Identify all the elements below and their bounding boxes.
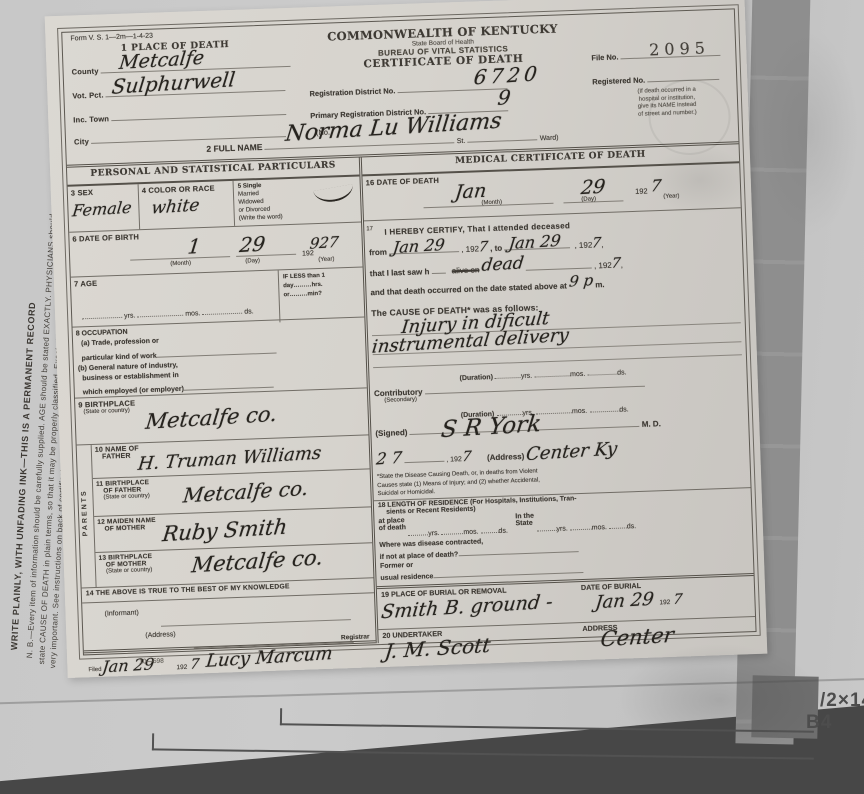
res-mos: mos. <box>463 529 478 537</box>
duration2-ds: ds. <box>619 406 629 413</box>
duration-mos: mos. <box>570 371 585 379</box>
birthplace-value: Metcalfe co. <box>144 404 278 433</box>
primary-district-value: 9 <box>497 87 512 108</box>
registered-no-label: Registered No. <box>592 76 645 87</box>
city-label: City <box>74 137 89 147</box>
registration-district-value: 6720 <box>473 63 542 87</box>
year3-hw: 7 <box>611 256 622 271</box>
filed-year-print: 192 <box>176 664 187 671</box>
mother-name-value: Ruby Smith <box>161 517 288 546</box>
father-bp-value: Metcalfe co. <box>182 478 309 506</box>
saw-dead-value: dead <box>480 255 524 275</box>
res-yrs: yrs. <box>428 530 440 537</box>
from-label: from <box>369 248 387 258</box>
year2-print: , 192 <box>574 241 592 251</box>
physician-signature: S R York <box>440 413 543 442</box>
film-size-label: /2×14 <box>820 690 864 712</box>
filed-label: Filed <box>88 667 101 673</box>
burial-date-value: Jan 29 <box>594 591 654 613</box>
res-ds: ds. <box>498 528 508 535</box>
duration-yrs: yrs. <box>521 373 533 380</box>
duration-ds: ds. <box>617 369 627 376</box>
burial-year-print: 192 <box>659 599 670 606</box>
scanned-photo: WRITE PLAINLY, WITH UNFADING INK—THIS IS… <box>0 0 864 794</box>
dob-month-caption: (Month) <box>170 261 191 268</box>
parents-block: PARENTS 10 NAME OF FATHER H. Truman Will… <box>77 435 374 588</box>
occurred-label: and that death occurred on the date stat… <box>370 282 567 298</box>
duration-label: (Duration) <box>459 374 493 382</box>
film-code-label: B4 <box>806 712 832 734</box>
signed-address-label: (Address) <box>487 452 525 462</box>
mother-bp-value: Metcalfe co. <box>190 548 324 577</box>
signed-label: (Signed) <box>375 428 407 438</box>
dod-day-caption: (Day) <box>581 196 596 203</box>
informant-address-label: (Address) <box>145 631 176 639</box>
alive-on-struck: alive on <box>452 265 480 275</box>
file-no-label: File No. <box>591 52 618 62</box>
informant-label: (Informant) <box>104 609 138 617</box>
inc-town-label: Inc. Town <box>73 114 109 124</box>
year1-print: , 192 <box>461 245 479 255</box>
registration-district-label: Registration District No. <box>309 86 395 98</box>
vot-pct-label: Vot. Pct. <box>72 90 104 100</box>
sex-label: 3 SEX <box>68 184 138 197</box>
file-no-line: File No. 2095 <box>591 45 741 62</box>
year3-print: , 192 <box>594 261 612 271</box>
age-yrs-label: yrs. <box>124 312 136 319</box>
occurred-time-value: 9 p <box>568 273 594 290</box>
vot-pct-line: Vot. Pct. Sulphurwell <box>72 80 322 101</box>
personal-particulars-column: PERSONAL AND STATISTICAL PARTICULARS 3 S… <box>67 157 379 653</box>
at-place-label2: of death <box>379 524 406 532</box>
to-date-value: Jan 29 <box>507 233 561 252</box>
filed-year-hw: 7 <box>190 657 201 672</box>
md-label: M. D. <box>642 419 661 429</box>
age-mos-label: mos. <box>185 310 200 318</box>
race-label: 4 COLOR OR RACE <box>139 181 233 195</box>
dod-month-caption: (Month) <box>481 200 502 207</box>
signed-date-value: 2 7 <box>375 450 402 468</box>
certify-block: 17 I HEREBY CERTIFY, That I attended dec… <box>364 208 744 308</box>
dob-year-hw: 927 <box>309 235 339 252</box>
year1-hw: 7 <box>478 240 489 255</box>
st-label: St. <box>457 138 466 145</box>
file-no-value: 2095 <box>649 38 710 59</box>
dob-day-caption: (Day) <box>245 258 260 265</box>
signed-address-value: Center Ky <box>525 440 618 464</box>
res-state-yrs: yrs. <box>556 525 568 532</box>
undertaker-address-value: Center <box>599 625 675 651</box>
certificate-header: Form V. S. 1—2m—1-4-23 1 PLACE OF DEATH … <box>62 9 738 167</box>
res-state-mos: mos. <box>592 524 607 532</box>
res-state-ds: ds. <box>627 523 637 530</box>
to-label: , to <box>490 244 502 253</box>
certify-number: 17 <box>366 223 373 237</box>
duration2-mos: mos. <box>572 408 587 416</box>
dod-year-caption: (Year) <box>663 193 679 200</box>
ward-label: Ward) <box>540 135 559 143</box>
medical-certificate-column: MEDICAL CERTIFICATE OF DEATH 16 DATE OF … <box>362 144 756 643</box>
dod-year-hw: 7 <box>650 178 662 195</box>
undertaker-name-value: J. M. Scott <box>384 635 492 662</box>
if-less-line3: or………min? <box>283 288 363 300</box>
cause-of-death-block: The CAUSE OF DEATH* was as follows: Inju… <box>367 295 746 386</box>
burial-year-hw: 7 <box>673 592 684 607</box>
saw-label: that I last saw h <box>370 267 430 278</box>
signed-year-print: , 192 <box>446 456 462 464</box>
state-label: State <box>515 520 534 528</box>
full-name-label: 2 FULL NAME <box>206 142 262 154</box>
dod-year-print: 192 <box>635 186 648 195</box>
death-certificate: Form V. S. 1—2m—1-4-23 1 PLACE OF DEATH … <box>45 0 768 678</box>
sex-value: Female <box>71 200 132 220</box>
registrar-name-value: Lucy Marcum <box>205 645 333 671</box>
signed-year-hw: 7 <box>461 450 472 465</box>
form-number: Form V. S. 1—2m—1-4-23 <box>70 33 153 43</box>
race-value: white <box>150 197 200 217</box>
age-ds-label: ds. <box>244 308 254 315</box>
occupation-row: 8 OCCUPATION (a) Trade, profession or pa… <box>73 318 367 399</box>
county-label: County <box>71 67 98 77</box>
residence-block: 18 LENGTH OF RESIDENCE (For Hospitals, I… <box>374 488 754 589</box>
occurred-m-label: m. <box>595 280 605 289</box>
dob-year-caption: (Year) <box>318 257 334 264</box>
registration-district-line: Registration District No. 6720 <box>309 76 589 98</box>
from-date-value: Jan 29 <box>392 237 446 256</box>
registrar-label: Registrar <box>341 633 370 641</box>
print-code: 10—598 <box>139 658 164 666</box>
inc-town-line: Inc. Town <box>73 104 323 125</box>
